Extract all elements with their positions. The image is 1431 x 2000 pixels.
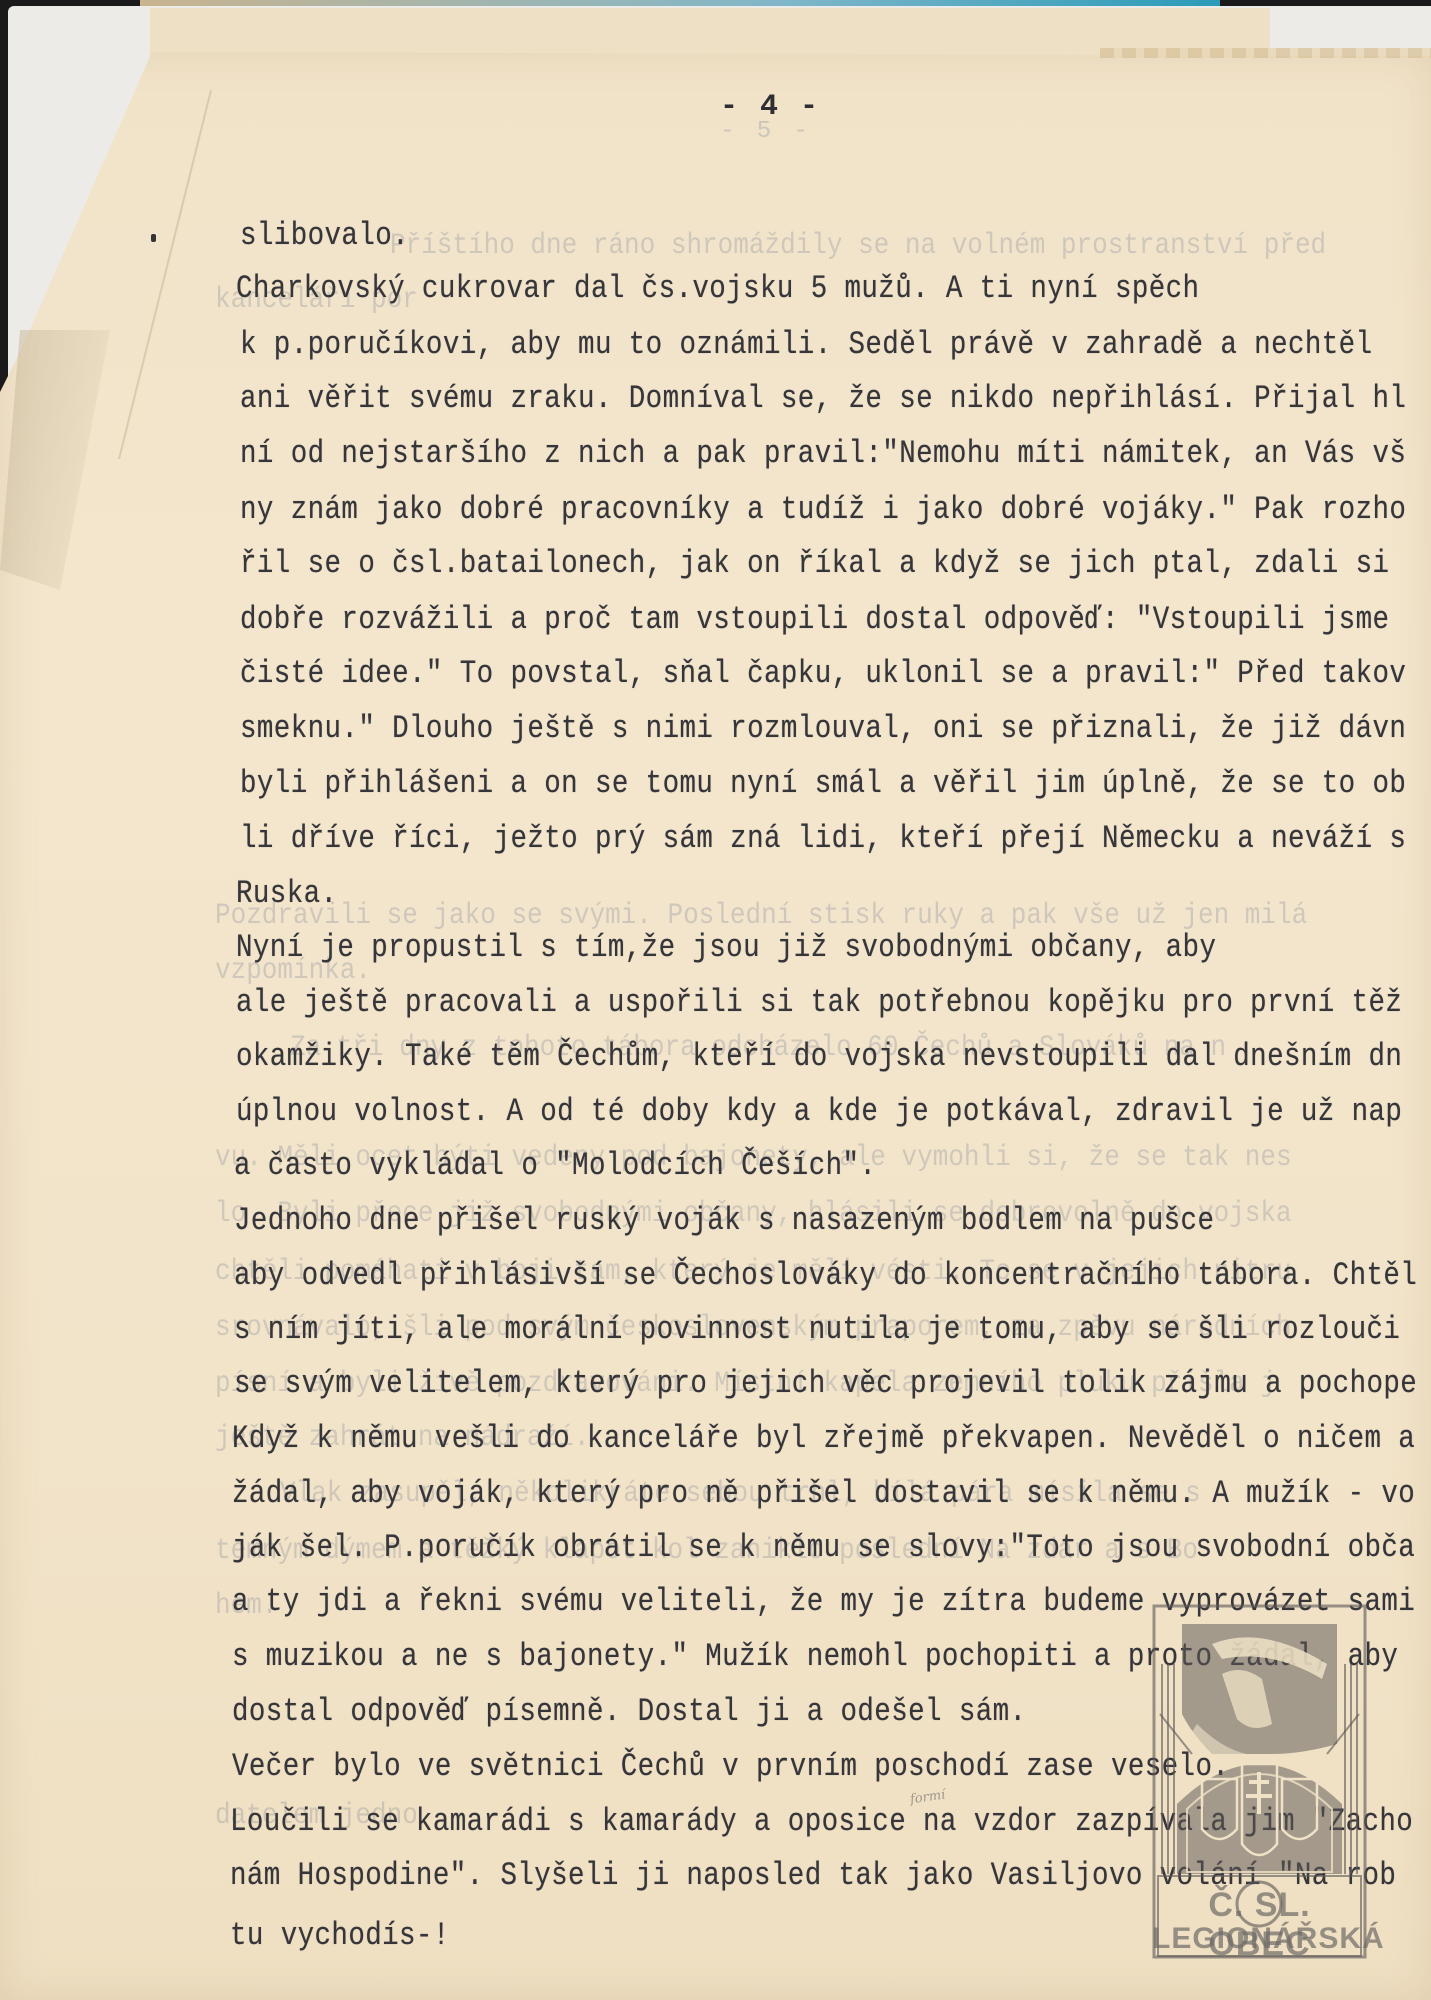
text-line: ale ještě pracovali a uspořili si tak po… bbox=[236, 985, 1402, 1022]
text-line: se svým velitelem, který pro jejich věc … bbox=[234, 1366, 1417, 1403]
text-line: k p.poručíkovi, aby mu to oznámili. Sedě… bbox=[240, 327, 1372, 364]
text-line: byli přihlášeni a on se tomu nyní smál a… bbox=[240, 766, 1406, 803]
text-line: a často vykládal o "Molodcích Češích". bbox=[234, 1148, 876, 1185]
text-line: ani věřit svému zraku. Domníval se, že s… bbox=[240, 381, 1406, 418]
text-line: dobře rozvážili a proč tam vstoupili dos… bbox=[240, 602, 1389, 639]
text-line: Charkovský cukrovar dal čs.vojsku 5 mužů… bbox=[236, 271, 1199, 308]
text-line: řil se o čsl.batailonech, jak on říkal a… bbox=[240, 546, 1389, 583]
text-line: s ním jíti, ale morální povinnost nutila… bbox=[234, 1312, 1400, 1349]
text-line: čisté idee." To povstal, sňal čapku, ukl… bbox=[240, 656, 1406, 693]
bleedthrough-line: Pozdravili se jako se svými. Poslední st… bbox=[215, 898, 1307, 933]
text-line: okamžiky. Také těm Čechům, kteří do vojs… bbox=[236, 1039, 1402, 1076]
text-line: aby odvedl přihlásivší se Čechoslováky d… bbox=[234, 1258, 1417, 1295]
punch-hole-mark bbox=[151, 234, 156, 242]
text-line: Nyní je propustil s tím,že jsou již svob… bbox=[236, 930, 1216, 967]
text-line: žádal, aby voják, který pro ně přišel do… bbox=[232, 1476, 1415, 1513]
text-line: ják šel. P.poručík obrátil se k němu se … bbox=[232, 1530, 1415, 1567]
text-line: li dříve říci, ježto prý sám zná lidi, k… bbox=[240, 821, 1406, 858]
text-line: smeknu." Dlouho ještě s nimi rozmlouval,… bbox=[240, 711, 1406, 748]
text-line: Ruska. bbox=[236, 876, 337, 913]
text-line: Večer bylo ve světnici Čechů v prvním po… bbox=[232, 1749, 1229, 1786]
page-number-bleedthrough: - 5 - bbox=[720, 118, 812, 145]
underlying-sheet-edge bbox=[140, 0, 1220, 6]
text-line: dostal odpověď písemně. Dostal ji a odeš… bbox=[232, 1694, 1026, 1731]
text-line: slibovalo. bbox=[240, 218, 409, 255]
stamp-text-line2: LEGIONÁŘSKÁ bbox=[1152, 1922, 1367, 1956]
text-line: tu vychodís-! bbox=[230, 1918, 450, 1955]
text-line: úplnou volnost. A od té doby kdy a kde j… bbox=[236, 1094, 1402, 1131]
bleedthrough-line: Příštího dne ráno shromáždily se na voln… bbox=[390, 228, 1326, 263]
text-line: ní od nejstaršího z nich a pak pravil:"N… bbox=[240, 436, 1406, 473]
text-line: ny znám jako dobré pracovníky a tudíž i … bbox=[240, 492, 1406, 529]
torn-paper-edge bbox=[1100, 48, 1431, 58]
text-line: Když k němu vešli do kanceláře byl zřejm… bbox=[232, 1421, 1415, 1458]
legion-watermark-stamp: Č. SL. OBEC LEGIONÁŘSKÁ bbox=[1152, 1604, 1367, 1959]
text-line: Jednoho dne přišel ruský voják s nasazen… bbox=[234, 1203, 1214, 1240]
